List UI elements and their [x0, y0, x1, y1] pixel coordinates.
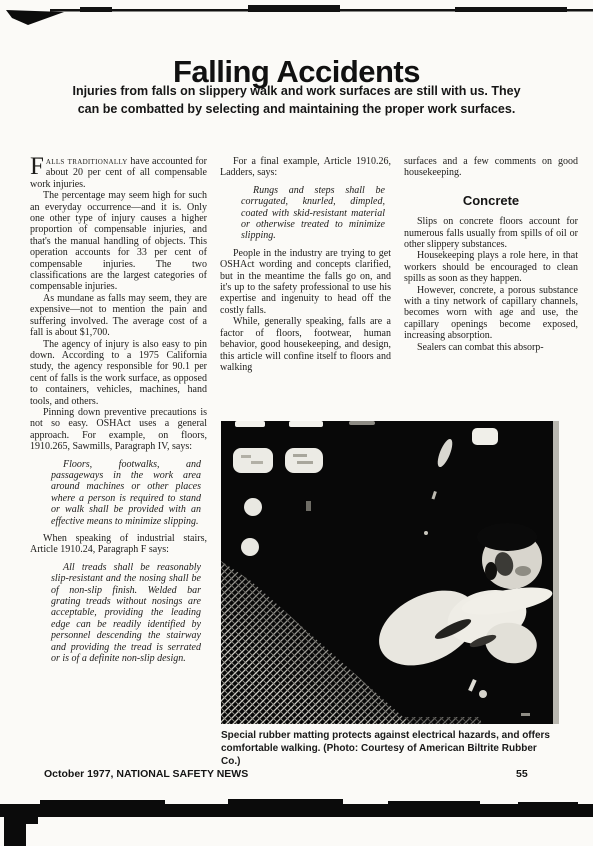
regulation-quote: Floors, footwalks, and passageways in th…: [51, 459, 201, 527]
small-caps-lead: alls traditionally: [46, 156, 128, 167]
panel-light-1: [244, 498, 262, 516]
photo-edge-strip: [553, 421, 559, 724]
paragraph: However, concrete, a porous substance wi…: [404, 285, 578, 342]
paragraph: Housekeeping plays a role here, in that …: [404, 250, 578, 284]
photo-caption: Special rubber matting protects against …: [221, 729, 557, 768]
paragraph: surfaces and a few comments on good hous…: [404, 156, 578, 179]
paragraph: Sealers can combat this absorp-: [404, 342, 578, 353]
panel-label-3: [472, 428, 498, 445]
regulation-quote: Rungs and steps shall be corrugated, knu…: [241, 185, 385, 242]
article-photo: [221, 421, 559, 724]
deck-line-2: can be combatted by selecting and mainta…: [0, 100, 593, 118]
paragraph: Pinning down preventive precautions is n…: [30, 407, 207, 453]
magazine-page: Falling Accidents Injuries from falls on…: [0, 0, 593, 846]
top-edge-scan-artifact: [0, 0, 593, 30]
regulation-quote: All treads shall be reasonably slip-resi…: [51, 562, 201, 665]
paragraph: The agency of injury is also easy to pin…: [30, 339, 207, 407]
page-number: 55: [516, 768, 528, 780]
paragraph: For a final example, Article 1910.26, La…: [220, 156, 391, 179]
panel-label-2: [285, 448, 323, 473]
deck: Injuries from falls on slippery walk and…: [0, 82, 593, 118]
photo-figure: [221, 421, 559, 724]
deck-line-1: Injuries from falls on slippery walk and…: [0, 82, 593, 100]
paragraph: The percentage may seem high for such an…: [30, 190, 207, 293]
panel-light-2: [241, 538, 259, 556]
column-1: Falls traditionally have accounted for a…: [30, 156, 207, 670]
footer-magazine-name: October 1977, NATIONAL SAFETY NEWS: [44, 768, 248, 780]
paragraph: People in the industry are trying to get…: [220, 248, 391, 316]
panel-label-1: [233, 448, 273, 473]
paragraph: As mundane as falls may seem, they are e…: [30, 293, 207, 339]
paragraph: Slips on concrete floors account for num…: [404, 216, 578, 250]
lead-paragraph: Falls traditionally have accounted for a…: [30, 156, 207, 190]
bottom-edge-scan-artifact: [0, 795, 593, 846]
section-heading: Concrete: [404, 195, 578, 206]
paragraph: When speaking of industrial stairs, Arti…: [30, 533, 207, 556]
drop-cap: F: [30, 156, 46, 177]
paragraph: While, generally speaking, falls are a f…: [220, 316, 391, 373]
